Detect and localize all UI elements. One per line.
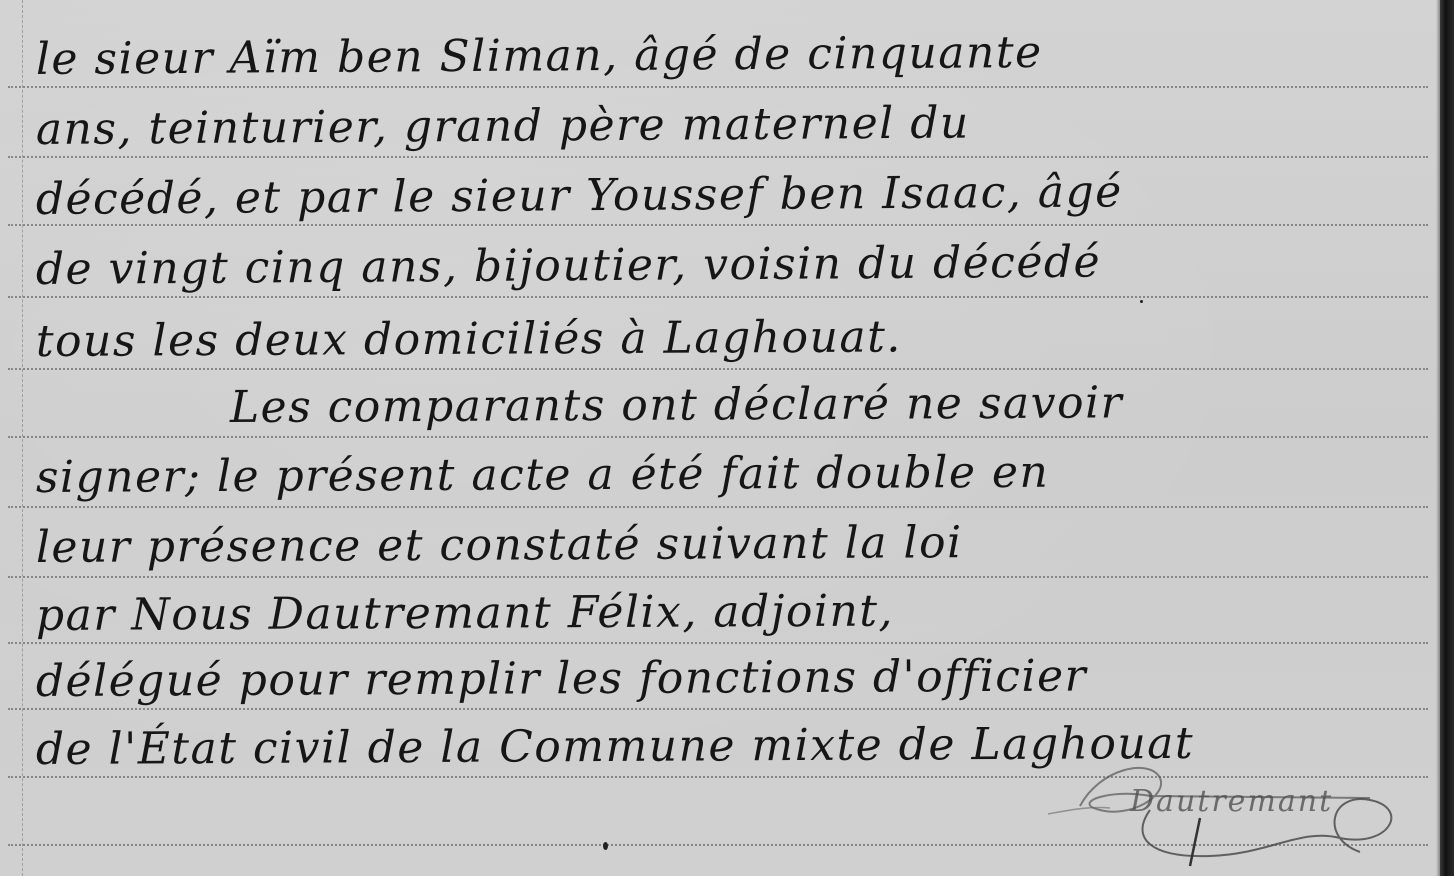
ruled-line	[8, 368, 1428, 370]
text-line-8: leur présence et constaté suivant la loi	[36, 521, 963, 570]
ruled-line	[8, 506, 1428, 508]
text-line-6: Les comparants ont déclaré ne savoir	[230, 381, 1123, 430]
binding-edge	[1440, 0, 1454, 876]
ruled-line	[8, 156, 1428, 158]
text-line-7: signer; le présent acte a été fait doubl…	[36, 451, 1050, 500]
text-line-3: décédé, et par le sieur Youssef ben Isaa…	[36, 170, 1123, 222]
ruled-line	[8, 296, 1428, 298]
document-page: le sieur Aïm ben Sliman, âgé de cinquant…	[0, 0, 1454, 876]
ruled-line	[8, 642, 1428, 644]
margin-rule	[22, 0, 24, 876]
ruled-line	[8, 708, 1428, 710]
ruled-line	[8, 224, 1428, 226]
ruled-line	[8, 86, 1428, 88]
signature: Dautremant	[1040, 748, 1430, 868]
ink-speck	[1140, 300, 1143, 303]
text-line-11: de l'État civil de la Commune mixte de L…	[36, 722, 1194, 772]
signature-text: Dautremant	[1130, 784, 1333, 819]
text-line-1: le sieur Aïm ben Sliman, âgé de cinquant…	[36, 31, 1043, 82]
ruled-line	[8, 436, 1428, 438]
ruled-line	[8, 576, 1428, 578]
ink-speck	[603, 842, 608, 850]
text-line-4: de vingt cinq ans, bijoutier, voisin du …	[36, 241, 1102, 292]
text-line-9: par Nous Dautremant Félix, adjoint,	[36, 590, 894, 638]
text-line-2: ans, teinturier, grand père maternel du	[36, 101, 970, 152]
text-line-10: délégué pour remplir les fonctions d'off…	[36, 654, 1087, 704]
text-line-5: tous les deux domiciliés à Laghouat.	[36, 315, 902, 364]
